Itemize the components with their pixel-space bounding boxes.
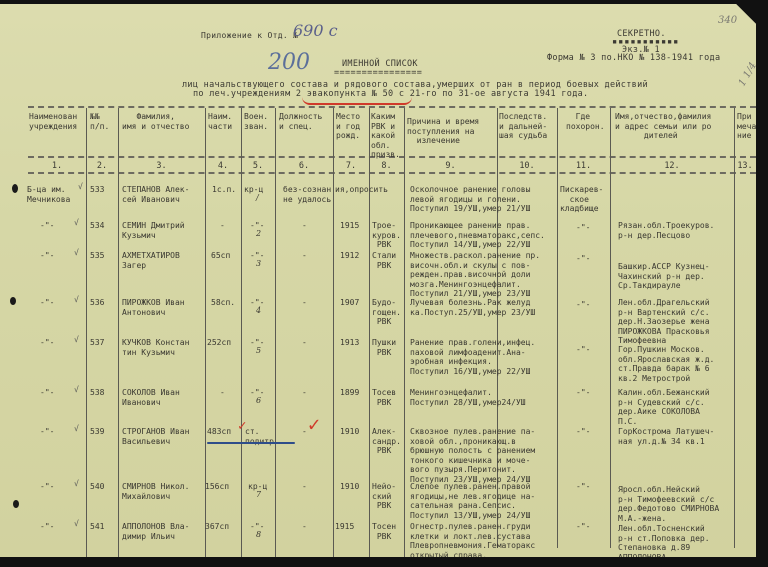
col-num: 11.: [557, 161, 610, 171]
cell-unit: 58сп.: [211, 298, 235, 308]
col-divider: [333, 108, 334, 557]
cell-name: КУЧКОВ Констан тин Кузьмич: [122, 338, 189, 357]
cell-institution: -"-: [40, 251, 54, 261]
cell-institution: Б-ца им. Мечникова: [27, 185, 70, 204]
col-header-name: Фамилия, имя и отчество: [122, 112, 189, 131]
red-check-mark: ✓: [238, 418, 246, 434]
red-double-check-mark: ✓: [308, 412, 320, 436]
blue-underline-mark: [207, 442, 295, 444]
cell-number: 541: [90, 522, 104, 532]
cell-birth: 1899: [340, 388, 359, 398]
cell-unit: 367сп: [205, 522, 229, 532]
cell-name: СТРОГАНОВ Иван Васильевич: [122, 427, 189, 446]
cell-institution: -"-: [40, 338, 54, 348]
cell-burial: -"-: [576, 254, 590, 264]
check-mark: √: [74, 295, 79, 305]
check-mark: √: [78, 182, 83, 192]
page-number: 340: [718, 15, 737, 26]
cell-birth: 1910: [340, 482, 359, 492]
cell-institution: -"-: [40, 482, 54, 492]
red-underline-mark: [302, 97, 412, 105]
cell-burial: -"-: [576, 223, 590, 233]
col-header-outcome: Последств. и дальней- шая судьба: [499, 112, 547, 141]
document-sheet: Приложение к Отд. № 690 с 340 СЕКРЕТНО. …: [0, 4, 756, 557]
col-header-position: Должность и спец.: [279, 112, 322, 131]
col-num: 10.: [497, 161, 557, 171]
cell-number: 540: [90, 482, 104, 492]
cell-birth: 1915: [340, 221, 359, 231]
cell-rank-mark: /: [256, 193, 259, 203]
col-divider: [86, 108, 87, 557]
cell-name: ПИРОЖКОВ Иван Антонович: [122, 298, 185, 317]
cell-institution: -"-: [40, 427, 54, 437]
cell-cause: Проникающее ранение прав. плечевого,пнев…: [410, 221, 545, 250]
cell-institution: -"-: [40, 522, 54, 532]
check-mark: √: [74, 479, 79, 489]
cell-rvk: Пушки РВК: [372, 338, 396, 357]
cell-birth: ия,опросить: [335, 185, 388, 195]
check-mark: √: [74, 385, 79, 395]
col-header-cause: Причина и время поступления на излечение: [407, 117, 479, 146]
cell-unit: 483сп: [207, 427, 231, 437]
cell-unit: 156сп: [205, 482, 229, 492]
stamp-number: 200: [268, 50, 310, 75]
cell-rank-mark: 6: [256, 396, 261, 406]
col-divider: [118, 108, 119, 557]
col-divider: [369, 108, 370, 557]
col-num: 4.: [205, 161, 241, 171]
col-header-unit: Наим. части: [208, 112, 232, 131]
cell-name: СЕМИН Дмитрий Кузьмич: [122, 221, 185, 240]
cell-birth: 1912: [340, 251, 359, 261]
cell-number: 538: [90, 388, 104, 398]
cell-rank-mark: 7: [256, 490, 261, 500]
folded-corner: [736, 4, 756, 24]
cell-number: 537: [90, 338, 104, 348]
form-reference: Форма № 3 по.НКО № 138-1941 года: [547, 53, 720, 63]
cell-family: Рязан.обл.Троекуров. р-н дер.Песцово: [618, 221, 714, 240]
cell-rvk: Тосев РВК: [372, 388, 396, 407]
margin-note: 1 1/4: [737, 61, 756, 89]
check-mark: √: [74, 218, 79, 228]
check-mark: √: [74, 424, 79, 434]
punch-hole: [10, 297, 16, 305]
cell-unit: 65сп: [211, 251, 230, 261]
check-mark: √: [74, 248, 79, 258]
cell-name: АППОЛОНОВ Вла- димир Ильич: [122, 522, 189, 541]
col-num: 3.: [118, 161, 205, 171]
cell-unit: 1с.п.: [212, 185, 236, 195]
cell-burial: Пискарев- ское кладбище: [560, 185, 603, 214]
cell-rvk: Тосен РВК: [372, 522, 396, 541]
cell-birth: 1913: [340, 338, 359, 348]
cell-position: -: [302, 251, 307, 261]
cell-rvk: Нейо- ский РВК: [372, 482, 396, 511]
col-num: 6.: [275, 161, 333, 171]
cell-institution: -"-: [40, 298, 54, 308]
cell-family: Калин.обл.Бежанский р-н Судевский с/с. д…: [618, 388, 710, 426]
col-header-burial: Где похорон.: [566, 112, 605, 131]
cell-burial: -"-: [576, 427, 590, 437]
cell-number: 535: [90, 251, 104, 261]
col-header-number: №№ п/п.: [90, 112, 109, 131]
col-header-rank: Воен. зван.: [244, 112, 268, 131]
cell-cause: Осколочное ранение головы левой ягодицы …: [410, 185, 530, 214]
cell-cause: Слепое пулев.ранен.правой ягодицы,не лев…: [410, 482, 535, 520]
cell-burial: -"-: [576, 388, 590, 398]
appendix-number: 690 с: [293, 21, 338, 40]
cell-position: без-сознан не удалось: [283, 185, 331, 204]
title-underline: ================: [334, 68, 422, 78]
cell-number: 539: [90, 427, 104, 437]
cell-rank-mark: 5: [256, 346, 261, 356]
cell-name: СМИРНОВ Никол. Михайлович: [122, 482, 189, 501]
cell-unit: -: [220, 388, 225, 398]
cell-number: 533: [90, 185, 104, 195]
cell-position: -: [302, 522, 307, 532]
cell-unit: 252сп: [207, 338, 231, 348]
col-header-note: При меча ние: [737, 112, 756, 141]
cell-birth: 1907: [340, 298, 359, 308]
col-header-birth: Место и год рожд.: [336, 112, 360, 141]
cell-rvk: Трое- куров. РВК: [372, 221, 401, 250]
cell-position: -: [302, 221, 307, 231]
col-num: 8.: [369, 161, 404, 171]
col-num: 1.: [28, 161, 86, 171]
cell-family: Гор.Пушкин Москов. обл.Ярославская ж.д. …: [618, 345, 714, 383]
numbers-bottom-rule: [28, 172, 756, 174]
cell-burial: -"-: [576, 482, 590, 492]
cell-rank-mark: 8: [256, 530, 261, 540]
cell-burial: -"-: [576, 300, 590, 310]
col-divider: [557, 108, 558, 548]
col-header-family: Имя,отчество,фамилия и адрес семьи или р…: [615, 112, 711, 141]
appendix-label: Приложение к Отд. №: [201, 31, 298, 41]
cell-rank: кр-ц: [244, 185, 263, 195]
cell-number: 534: [90, 221, 104, 231]
check-mark: √: [74, 335, 79, 345]
col-num: 13.: [734, 161, 756, 171]
cell-cause: Лучевая болезнь.Рак желуд ка.Поступ.25/У…: [410, 298, 535, 317]
cell-birth: 1910: [340, 427, 359, 437]
cell-family: Лен.обл.Драгельский р-н Вартенский с/с. …: [618, 298, 710, 346]
cell-position: -: [302, 298, 307, 308]
col-num: 2.: [86, 161, 118, 171]
col-divider: [275, 108, 276, 557]
table-top-rule: [28, 106, 756, 108]
cell-cause: Менингоэнцефалит. Поступил 28/УШ,умер24/…: [410, 388, 526, 407]
cell-rank-mark: 3: [256, 259, 261, 269]
cell-rvk: Алек- сандр. РВК: [372, 427, 401, 456]
cell-institution: -"-: [40, 388, 54, 398]
cell-family: Лен.обл.Тосненский р-н ст.Поповка дер. С…: [618, 524, 710, 557]
cell-cause: Множеств.раскол.ранение пр. височн.обл.и…: [410, 251, 540, 299]
col-divider: [734, 108, 735, 548]
cell-family: Яросл.обл.Нейский р-н Тимофеевский с/с д…: [618, 485, 719, 523]
col-divider: [241, 108, 242, 557]
cell-name: СОКОЛОВ Иван Иванович: [122, 388, 180, 407]
cell-cause: Сквозное пулев.ранение па- ховой обл.,пр…: [410, 427, 535, 484]
cell-position: -: [302, 427, 307, 437]
cell-rvk: Будо- гощен. РВК: [372, 298, 401, 327]
cell-unit: -: [220, 221, 225, 231]
col-num: 12.: [610, 161, 734, 171]
col-divider: [610, 108, 611, 548]
cell-birth: 1915: [335, 522, 354, 532]
col-header-rvk: Каким РВК и какой обл. призв.: [371, 112, 400, 160]
cell-number: 536: [90, 298, 104, 308]
col-divider: [404, 108, 405, 557]
cell-position: -: [302, 388, 307, 398]
cell-rank-mark: 2: [256, 229, 261, 239]
punch-hole: [13, 500, 19, 508]
cell-rvk: Стали РВК: [372, 251, 396, 270]
cell-name: СТЕПАНОВ Алек- сей Иванович: [122, 185, 189, 204]
cell-burial: -"-: [576, 522, 590, 532]
cell-family: Башкир.АССР Кузнец- Чахинский р-н дер. С…: [618, 262, 710, 291]
cell-position: -: [302, 338, 307, 348]
cell-institution: -"-: [40, 221, 54, 231]
col-num: 5.: [241, 161, 275, 171]
cell-burial: -"-: [576, 345, 590, 355]
cell-name: АХМЕТХАТИРОВ Загер: [122, 251, 180, 270]
cell-cause: Огнестр.пулев.ранен.груди клетки и локт.…: [410, 522, 535, 557]
col-num: 7.: [333, 161, 369, 171]
cell-family: ГорКострома Латушеч- ная ул.д.№ 34 кв.1: [618, 427, 714, 446]
cell-position: -: [302, 482, 307, 492]
cell-cause: Ранение прав.голени,инфец. паховой лимфо…: [410, 338, 535, 376]
cell-rank-mark: 4: [256, 306, 261, 316]
col-num: 9.: [404, 161, 497, 171]
check-mark: √: [74, 519, 79, 529]
col-header-institution: Наименован учреждения: [29, 112, 77, 131]
punch-hole: [12, 184, 18, 193]
